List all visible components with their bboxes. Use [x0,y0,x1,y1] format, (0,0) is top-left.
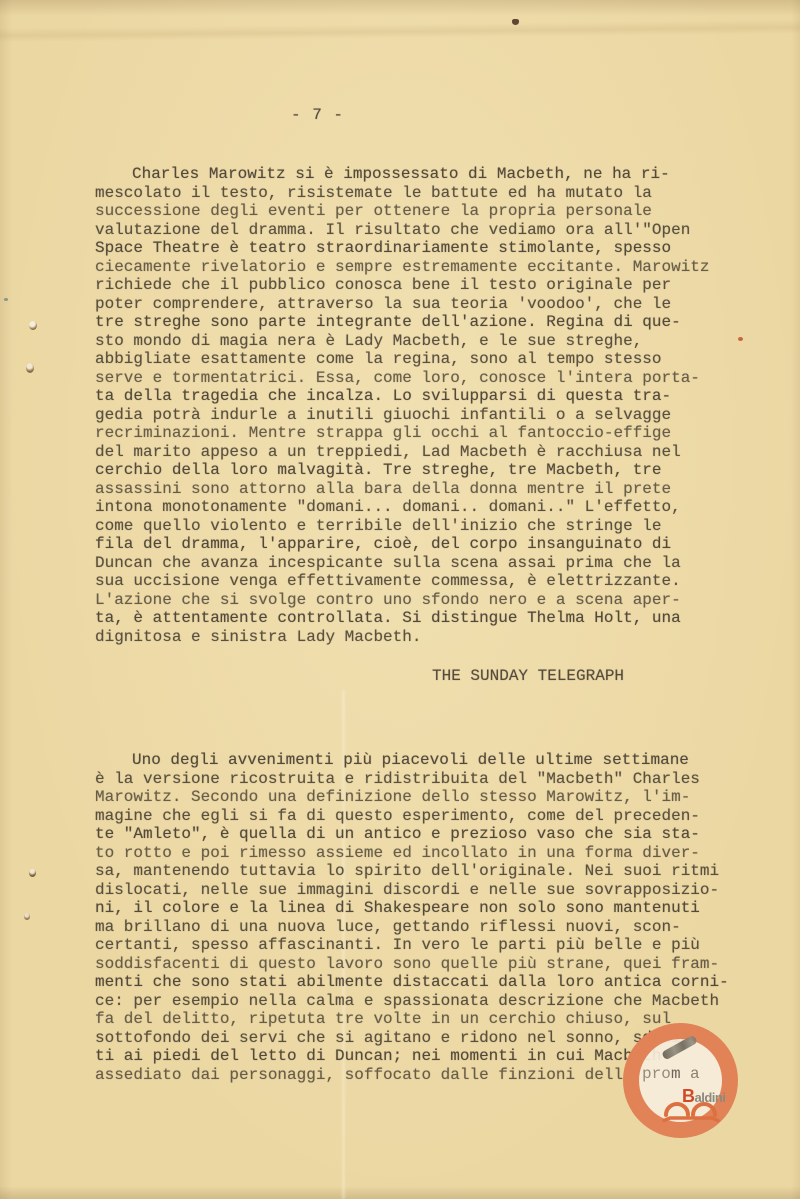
text-line: Marowitz. Secondo una definizione dello … [95,788,785,807]
text-line: successione degli eventi per ottenere la… [95,202,785,221]
text-line: to rotto e poi rimesso assieme ed incoll… [95,844,785,863]
text-line: sua uccisione venga effettivamente comme… [95,572,785,591]
paper-speck [29,321,37,330]
paper-speck [4,298,8,301]
text-line: ce: per esempio nella calma e spassionat… [95,992,785,1011]
page-number: - 7 - [291,106,344,124]
text-line: richiede che il pubblico conosca bene il… [95,276,785,295]
text-line: soddisfacenti di questo lavoro sono quel… [95,955,785,974]
text-line: ta, è attentamente controllata. Si disti… [95,609,785,628]
text-line: come quello violento e terribile dell'in… [95,517,785,536]
text-line: certanti, spesso affascinanti. In vero l… [95,936,785,955]
text-line: te "Amleto", è quella di un antico e pre… [95,825,785,844]
section-heading: THE SUNDAY TELEGRAPH [432,667,624,685]
paper-speck [24,913,30,920]
text-line: recriminazioni. Mentre strappa gli occhi… [95,424,785,443]
text-line: tre streghe sono parte integrante dell'a… [95,313,785,332]
text-line: valutazione del dramma. Il risultato che… [95,221,785,240]
text-line: Space Theatre è teatro straordinariament… [95,239,785,258]
text-line: magine che egli si fa di questo esperime… [95,807,785,826]
text-line: cerchio della loro malvagità. Tre stregh… [95,461,785,480]
text-line: Duncan che avanza incespicante sulla sce… [95,554,785,573]
obscured-text-fragment: pro [642,1065,671,1084]
text-line: L'azione che si svolge contro uno sfondo… [95,591,785,610]
text-line: fila del dramma, l'apparire, cioè, del c… [95,535,785,554]
text-line: sto mondo di magia nera è Lady Macbeth, … [95,332,785,351]
paragraph-1: Charles Marowitz si è impossessato di Ma… [95,165,785,646]
text-line: intona monotonamente "domani... domani..… [95,498,785,517]
paper-speck [738,337,743,341]
text-line: ciecamente rivelatorio e sempre estremam… [95,258,785,277]
obscured-text-fragment: a [690,1065,700,1084]
paper-crease [0,20,800,42]
text-line: menti che sono stati abilmente distaccat… [95,973,785,992]
text-line: gedia potrà indurle a inutili giuochi in… [95,406,785,425]
text-line: assassini sono attorno alla bara della d… [95,480,785,499]
text-line: poter comprendere, attraverso la sua teo… [95,295,785,314]
text-line: del marito appeso a un treppiedi, Lad Ma… [95,443,785,462]
paper-speck [29,869,36,877]
obscured-text-fragment: m [671,1065,681,1084]
text-line: serve e tormentatrici. Essa, come loro, … [95,369,785,388]
text-line: ta della tragedia che incalza. Lo svilup… [95,387,785,406]
text-line: è la versione ricostruita e ridistribuit… [95,770,785,789]
text-line: abbigliate esattamente come la regina, s… [95,350,785,369]
paper-speck [26,363,34,373]
text-line: dislocati, nelle sue immagini discordi e… [95,881,785,900]
paper-speck [512,19,519,25]
text-line: Charles Marowitz si è impossessato di Ma… [95,165,785,184]
text-line: dignitosa e sinistra Lady Macbeth. [95,628,785,647]
text-line: mescolato il testo, risistemate le battu… [95,184,785,203]
text-line: sa, mantenendo tuttavia lo spirito dell'… [95,862,785,881]
text-line: ma brillano di una nuova luce, gettando … [95,918,785,937]
text-line: Uno degli avvenimenti più piacevoli dell… [95,751,785,770]
open-book-icon [662,1101,720,1123]
document-page: - 7 - Charles Marowitz si è impossessato… [0,0,800,1199]
text-line: ni, il colore e la linea di Shakespeare … [95,899,785,918]
